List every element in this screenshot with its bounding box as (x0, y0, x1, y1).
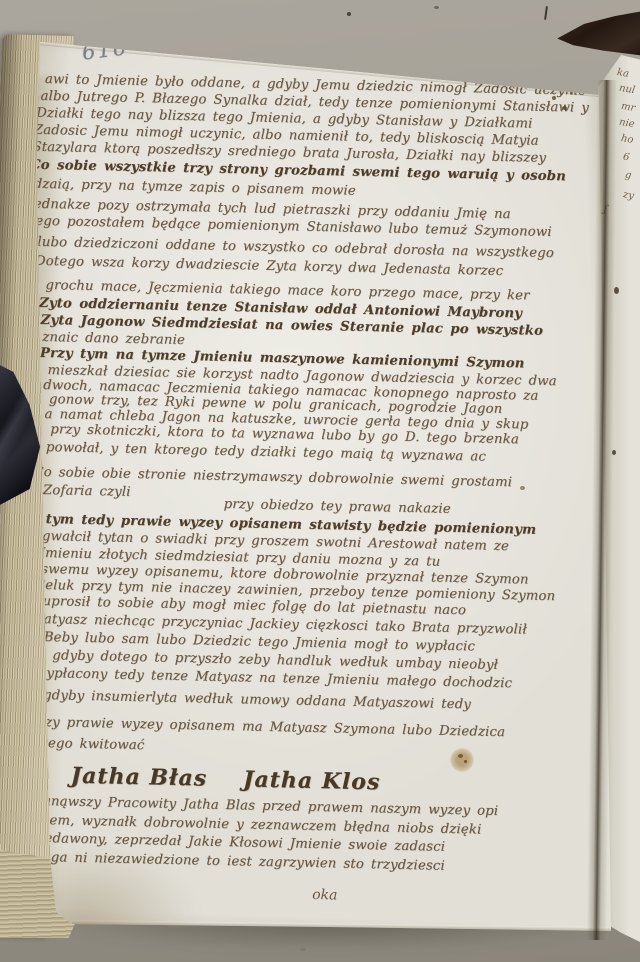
manuscript-line: stego kwitować (35, 737, 144, 753)
manuscript-line: znaic dano zebranie (42, 331, 185, 347)
facing-page-text-fragment: nie (618, 117, 635, 130)
ink-mark (614, 287, 619, 294)
facing-page-text-fragment: nul (618, 83, 636, 96)
background-speck (434, 6, 439, 9)
facing-page-text-fragment: ho (620, 133, 634, 146)
facing-page-text-fragment: 6 (622, 152, 630, 164)
heading-gap (207, 786, 243, 787)
heading-left: Jatha Błas (70, 763, 207, 792)
facing-page-text-fragment: zy (622, 189, 635, 202)
photo-scene: kanulmrnieho6gzyʃ 616 Jatha BłasJatha Kl… (0, 0, 640, 962)
heading-right: Jatha Klos (243, 766, 381, 795)
manuscript-line: przy obiedzo tey prawa nakazie (224, 498, 451, 516)
closing-word: oka (312, 887, 338, 904)
manuscript-line: Zofaria czyli (43, 484, 131, 499)
manuscript-line: dzaią, przy na tymze zapis o pisanem mow… (33, 178, 356, 198)
background-speck (544, 6, 548, 20)
manuscript-line: długa ni niezawiedzione to iest zagrzywi… (29, 851, 445, 873)
facing-page-text-fragment: ka (616, 67, 630, 80)
background-speck (347, 12, 351, 16)
facing-page-text-fragment: mr (620, 101, 636, 114)
facing-page-text-fragment: g (624, 170, 632, 182)
leather-cover-corner-icon (550, 6, 640, 62)
section-heading: Jatha BłasJatha Klos (70, 763, 380, 796)
top-edge-stain (426, 48, 478, 64)
handwriting-layer: Jatha BłasJatha Klos oka awi to Jmienie … (9, 36, 613, 957)
manuscript-line: A gdyby insumierlyta wedłuk umowy oddana… (26, 689, 471, 712)
manuscript-page: 616 Jatha BłasJatha Klos oka awi to Jmie… (28, 36, 612, 944)
manuscript-line: przy prawie wyzey opisanem ma Matyasz Sz… (30, 716, 506, 740)
